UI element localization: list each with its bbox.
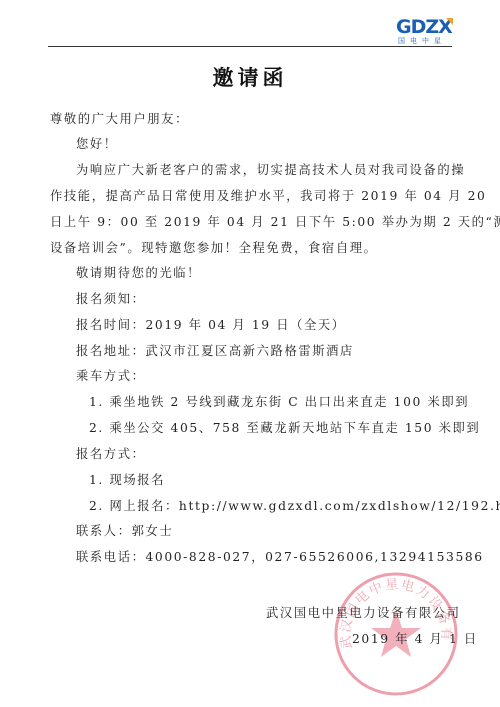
body-line: 为响应广大新老客户的需求，切实提高技术人员对我司设备的操	[76, 160, 465, 178]
gdzx-logo-icon: GDZX	[396, 17, 454, 35]
registration-method-label: 报名方式：	[76, 444, 146, 462]
signature-date: 2019 年 4 月 1 日	[352, 629, 478, 647]
body-line: 日上午 9：00 至 2019 年 04 月 21 日下午 5:00 举办为期 …	[50, 212, 500, 230]
header-divider	[48, 46, 452, 47]
registration-method-onsite: 1. 现场报名	[89, 470, 165, 488]
registration-notice-label: 报名须知：	[76, 289, 146, 307]
transport-item: 2. 乘坐公交 405、758 至藏龙新天地站下车直走 150 米即到	[89, 418, 480, 436]
transport-label: 乘车方式：	[76, 366, 146, 384]
salutation: 尊敬的广大用户朋友：	[50, 109, 189, 127]
greeting: 您好！	[76, 134, 118, 152]
company-logo: GDZX 国电中星	[396, 17, 456, 45]
transport-item: 1. 乘坐地铁 2 号线到藏龙东街 C 出口出来直走 100 米即到	[89, 392, 469, 410]
signature-company: 武汉国电中星电力设备有限公司	[266, 603, 461, 621]
document-title: 邀请函	[0, 62, 500, 92]
contact-phone: 联系电话：4000-828-027，027-65526006,132941535…	[76, 547, 484, 565]
body-line: 作技能，提高产品日常使用及维护水平，我司将于 2019 年 04 月 20	[50, 186, 486, 204]
registration-method-online[interactable]: 2. 网上报名：http://www.gdzxdl.com/zxdlshow/1…	[89, 496, 500, 514]
contact-person: 联系人：郭女士	[76, 521, 173, 539]
registration-time: 报名时间：2019 年 04 月 19 日（全天）	[76, 315, 346, 333]
registration-address: 报名地址：武汉市江夏区高新六路格雷斯酒店	[76, 341, 354, 359]
body-line: 设备培训会”。现特邀您参加！全程免费，食宿自理。	[50, 238, 378, 256]
closing-line: 敬请期待您的光临！	[76, 263, 201, 281]
svg-text:GDZX: GDZX	[396, 17, 453, 35]
logo-subtitle: 国电中星	[398, 36, 446, 46]
